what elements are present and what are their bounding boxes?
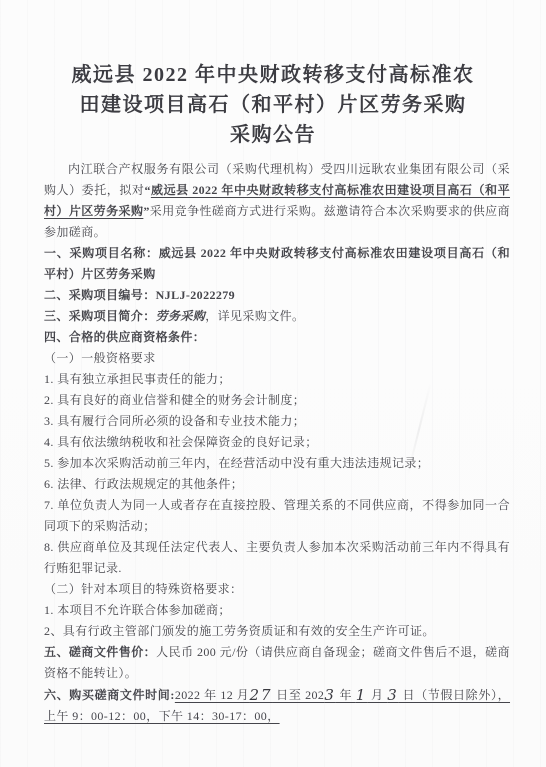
document-title: 威远县 2022 年中央财政转移支付高标准农 田建设项目高石（和平村）片区劳务采…	[0, 0, 546, 150]
date-printed-segment: 月	[367, 688, 387, 702]
date-printed-segment: 年	[336, 688, 356, 702]
general-requirement-item: 8. 供应商单位及其现任法定代表人、主要负责人参加本次采购活动前三年内不得具有行…	[44, 537, 510, 579]
title-line-1: 威远县 2022 年中央财政转移支付高标准农	[0, 60, 546, 90]
general-requirement-item: 6. 法律、行政法规规定的其他条件；	[44, 474, 510, 495]
general-requirement-item: 7. 单位负责人为同一人或者存在直接控股、管理关系的不同供应商，不得参加同一合同…	[44, 495, 510, 537]
handwritten-month-1: 1	[356, 686, 368, 704]
section-2-label: 二、采购项目编号：	[44, 288, 156, 302]
section-5-document-price: 五、磋商文件售价：人民币 200 元/份（请供应商自备现金；磋商文件售后不退，磋…	[44, 642, 510, 684]
section-5-label: 五、磋商文件售价：	[44, 645, 156, 659]
date-hours-segment: 上午 9：00-12：00，下午 14：30-17：00，	[44, 709, 280, 723]
section-1-label: 一、采购项目名称：	[44, 246, 159, 260]
general-requirement-item: 3. 具有履行合同所必须的设备和专业技术能力；	[44, 411, 510, 432]
scanned-procurement-announcement-page: 威远县 2022 年中央财政转移支付高标准农 田建设项目高石（和平村）片区劳务采…	[0, 0, 546, 767]
date-printed-segment: 日至 202	[273, 688, 325, 702]
special-requirements-header: （二）针对本项目的特殊资格要求：	[44, 579, 510, 600]
general-requirement-item: 2. 具有良好的商业信誉和健全的财务会计制度；	[44, 390, 510, 411]
section-2-project-number: 二、采购项目编号：NJLJ-2022279	[44, 285, 510, 306]
section-3-label: 三、采购项目简介：	[44, 309, 156, 323]
section-3-highlight: 劳务采购	[156, 309, 206, 323]
title-line-3: 采购公告	[0, 120, 546, 150]
special-requirement-item: 2、具有行政主管部门颁发的施工劳务资质证和有效的安全生产许可证。	[44, 621, 510, 642]
section-6-purchase-time: 六、购买磋商文件时间:2022 年 12 月27 日至 2023 年 1 月 3…	[44, 684, 510, 727]
handwritten-day-3: 3	[387, 686, 399, 704]
general-requirements-header: （一）一般资格要求	[44, 348, 510, 369]
general-requirement-item: 1. 具有独立承担民事责任的能力；	[44, 369, 510, 390]
section-3-rest: ，详见采购文件。	[205, 309, 304, 323]
title-line-2: 田建设项目高石（和平村）片区劳务采购	[0, 90, 546, 120]
section-3-project-brief: 三、采购项目简介：劳务采购，详见采购文件。	[44, 306, 510, 327]
special-requirement-item: 1. 本项目不允许联合体参加磋商；	[44, 600, 510, 621]
document-body: 内江联合产权服务有限公司（采购代理机构）受四川远耿农业集团有限公司（采购人）委托…	[0, 150, 546, 727]
section-2-value: NJLJ-2022279	[156, 288, 235, 302]
general-requirement-item: 5. 参加本次采购活动前三年内，在经营活动中没有重大违法违规记录；	[44, 453, 510, 474]
general-requirement-item: 4. 具有依法缴纳税收和社会保障资金的良好记录；	[44, 432, 510, 453]
intro-paragraph: 内江联合产权服务有限公司（采购代理机构）受四川远耿农业集团有限公司（采购人）委托…	[44, 159, 510, 243]
section-1-project-name: 一、采购项目名称：威远县 2022 年中央财政转移支付高标准农田建设项目高石（和…	[44, 243, 510, 285]
handwritten-digit-3: 3	[324, 686, 336, 704]
date-printed-segment: 2022 年 12 月	[175, 688, 250, 702]
section-6-label: 六、购买磋商文件时间:	[44, 688, 175, 702]
section-4-qualification-header: 四、合格的供应商资格条件：	[44, 327, 510, 348]
handwritten-day-27: 27	[249, 686, 272, 704]
date-printed-segment: 日（节假日除外），	[399, 688, 510, 702]
